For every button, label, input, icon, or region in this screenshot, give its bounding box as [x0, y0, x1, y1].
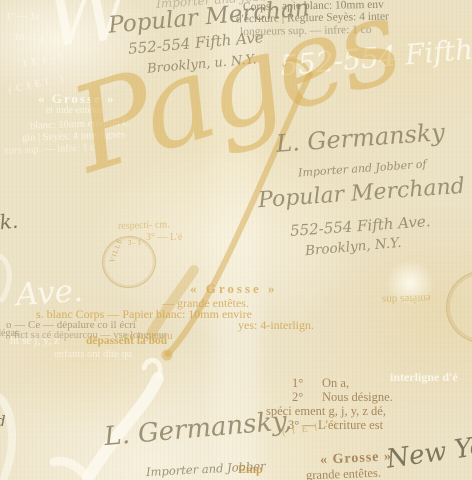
interlign-line: yes: 4-interlign. [238, 319, 314, 331]
numbered-item-1: 1° On a, [292, 377, 349, 390]
white-script-ave: Ave. [15, 276, 84, 312]
numbered-item-2: 2° Nous désigne. [292, 391, 393, 404]
grosse-label-bottom: « Grosse » [320, 450, 393, 468]
scattered-mark: 10 — 1. [14, 33, 47, 46]
script-germansky-bottom: L. Germansky, [103, 408, 292, 450]
script-left-edge-rk: rk. [0, 211, 19, 234]
gold-repeat-fragment: respecti- cm. [118, 220, 170, 232]
entetes-label-bottom: grande entêtes. [306, 467, 381, 480]
script-brooklyn-2: Brooklyn, N.Y. [305, 237, 403, 259]
depassent-gold-part: dépassent la bou [86, 336, 167, 348]
large-stamp-circle [446, 270, 472, 344]
scattered-mark: 1° — 1a [6, 12, 39, 22]
gold-em-fragment: Emp [238, 463, 263, 475]
gold-repeat-fragment: 3° — L'é [146, 233, 182, 243]
upside-down-entetes: entêtes dns [382, 292, 431, 305]
wallpaper-canvas: VILLE 3 - 1 Importer and Jobber of W 1° … [0, 0, 472, 480]
white-interligne-label: interligne d'é [390, 371, 458, 383]
small-stamp-number: 3 - 1 [128, 240, 141, 247]
enfants-line: enfants ont dite qu [54, 350, 132, 361]
script-new-york: New York [385, 429, 472, 472]
script-fifth-ave-2: 552-554 Fifth Ave. [290, 214, 431, 239]
grosse-label-center: « Grosse » [190, 282, 278, 295]
left-edge-d-mark: d [0, 414, 6, 429]
degas-mark: dégas [0, 329, 19, 339]
script-importer-jobber: Importer and Jobber of [298, 159, 427, 179]
script-popular-merchand: Popular Merchand [257, 176, 465, 212]
